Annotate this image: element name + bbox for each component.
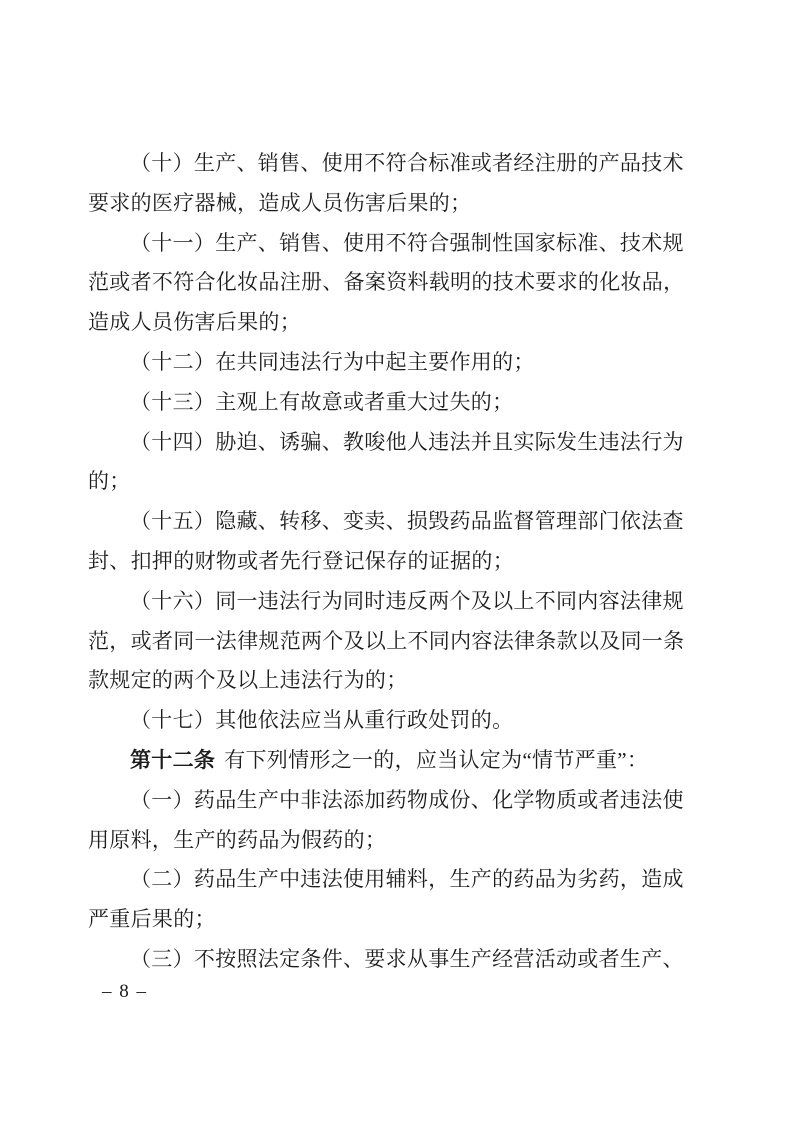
text-line: （一）药品生产中非法添加药物成份、化学物质或者违法使 xyxy=(88,781,704,821)
line-text: （一）药品生产中非法添加药物成份、化学物质或者违法使 xyxy=(130,788,684,812)
line-text: （十五）隐藏、转移、变卖、损毁药品监督管理部门依法查 xyxy=(130,509,684,533)
text-line: 范，或者同一法律规范两个及以上不同内容法律条款以及同一条 xyxy=(88,622,704,662)
line-text: （十四）胁迫、诱骗、教唆他人违法并且实际发生违法行为 xyxy=(130,430,684,454)
line-text: （十一）生产、销售、使用不符合强制性国家标准、技术规 xyxy=(130,231,684,255)
line-text: 要求的医疗器械，造成人员伤害后果的； xyxy=(88,191,471,215)
text-line: 款规定的两个及以上违法行为的； xyxy=(88,661,704,701)
line-text: （十七）其他依法应当从重行政处罚的。 xyxy=(130,708,513,732)
article-number: 第十二条 xyxy=(130,749,215,772)
line-text: （十二）在共同违法行为中起主要作用的； xyxy=(130,350,535,374)
text-line: 封、扣押的财物或者先行登记保存的证据的； xyxy=(88,542,704,582)
document-page: （十）生产、销售、使用不符合标准或者经注册的产品技术要求的医疗器械，造成人员伤害… xyxy=(0,0,793,1122)
text-line: 要求的医疗器械，造成人员伤害后果的； xyxy=(88,184,704,224)
text-line: （十四）胁迫、诱骗、教唆他人违法并且实际发生违法行为 xyxy=(88,423,704,463)
line-text: 的； xyxy=(88,469,131,493)
line-text: （十六）同一违法行为同时违反两个及以上不同内容法律规 xyxy=(130,589,684,613)
text-line: （十一）生产、销售、使用不符合强制性国家标准、技术规 xyxy=(88,224,704,264)
line-text: （十三）主观上有故意或者重大过失的； xyxy=(130,390,513,414)
line-text: （三）不按照法定条件、要求从事生产经营活动或者生产、 xyxy=(130,947,684,971)
line-text: 款规定的两个及以上违法行为的； xyxy=(88,668,408,692)
text-line: 的； xyxy=(88,462,704,502)
text-line: （十二）在共同违法行为中起主要作用的； xyxy=(88,343,704,383)
line-text: 严重后果的； xyxy=(88,907,216,931)
line-text: 用原料，生产的药品为假药的； xyxy=(88,828,386,852)
text-line: （十七）其他依法应当从重行政处罚的。 xyxy=(88,701,704,741)
text-line: （二）药品生产中违法使用辅料，生产的药品为劣药，造成 xyxy=(88,860,704,900)
document-body: （十）生产、销售、使用不符合标准或者经注册的产品技术要求的医疗器械，造成人员伤害… xyxy=(88,144,704,980)
text-line: （十三）主观上有故意或者重大过失的； xyxy=(88,383,704,423)
text-line: 严重后果的； xyxy=(88,900,704,940)
line-text: 范，或者同一法律规范两个及以上不同内容法律条款以及同一条 xyxy=(88,629,684,653)
text-line: （十六）同一违法行为同时违反两个及以上不同内容法律规 xyxy=(88,582,704,622)
text-line: （十）生产、销售、使用不符合标准或者经注册的产品技术 xyxy=(88,144,704,184)
text-line: 用原料，生产的药品为假药的； xyxy=(88,821,704,861)
text-line: （十五）隐藏、转移、变卖、损毁药品监督管理部门依法查 xyxy=(88,502,704,542)
line-text: 有下列情形之一的，应当认定为“情节严重”： xyxy=(224,748,648,772)
line-text: 封、扣押的财物或者先行登记保存的证据的； xyxy=(88,549,514,573)
line-text: （二）药品生产中违法使用辅料，生产的药品为劣药，造成 xyxy=(130,867,684,891)
text-line: 造成人员伤害后果的； xyxy=(88,303,704,343)
text-line: 第十二条有下列情形之一的，应当认定为“情节严重”： xyxy=(88,741,704,781)
text-line: 范或者不符合化妆品注册、备案资料载明的技术要求的化妆品， xyxy=(88,263,704,303)
page-number: – 8 – xyxy=(102,979,148,1005)
line-text: 造成人员伤害后果的； xyxy=(88,310,301,334)
line-text: 范或者不符合化妆品注册、备案资料载明的技术要求的化妆品， xyxy=(88,270,684,294)
line-text: （十）生产、销售、使用不符合标准或者经注册的产品技术 xyxy=(130,151,684,175)
text-line: （三）不按照法定条件、要求从事生产经营活动或者生产、 xyxy=(88,940,704,980)
